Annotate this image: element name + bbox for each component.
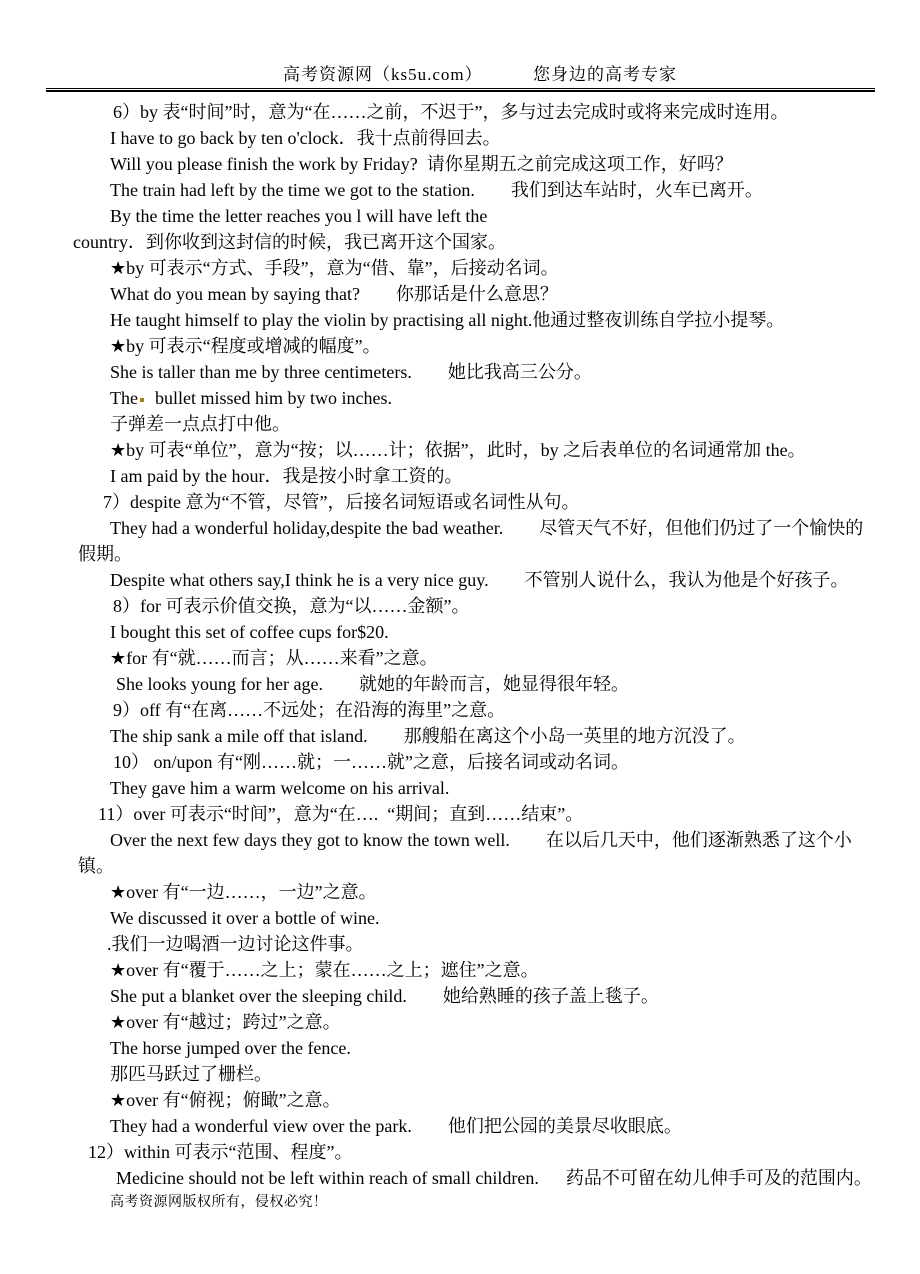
text-line: We discussed it over a bottle of wine. <box>73 905 900 931</box>
proofing-mark-icon <box>140 398 144 402</box>
text-line: 假期。 <box>73 541 900 567</box>
site-slogan: 您身边的高考专家 <box>533 60 677 85</box>
text-line: She is taller than me by three centimete… <box>73 359 900 385</box>
text-line: The train had left by the time we got to… <box>73 177 900 203</box>
text-line: 子弹差一点点打中他。 <box>73 411 900 437</box>
text-line: ★by 可表“单位”，意为“按；以……计；依据”，此时，by 之后表单位的名词通… <box>73 437 900 463</box>
text-line: By the time the letter reaches you l wil… <box>73 203 900 229</box>
text-line: Medicine should not be left within reach… <box>73 1165 900 1191</box>
text-line: 12）within 可表示“范围、程度”。 <box>73 1139 900 1165</box>
text-line: 6）by 表“时间”时，意为“在……之前，不迟于”，多与过去完成时或将来完成时连… <box>73 99 900 125</box>
text-line: 高考资源网版权所有，侵权必究！ <box>73 1191 900 1215</box>
header-rule <box>46 88 875 92</box>
text-line: What do you mean by saying that? 你那话是什么意… <box>73 281 900 307</box>
text-line: 9）off 有“在离……不远处；在沿海的海里”之意。 <box>73 697 900 723</box>
text-line: They had a wonderful holiday,despite the… <box>73 515 900 541</box>
text-line: 8）for 可表示价值交换，意为“以……金额”。 <box>73 593 900 619</box>
document-page: 高考资源网（ks5u.com） 您身边的高考专家 6）by 表“时间”时，意为“… <box>0 0 920 1274</box>
text-line: ★over 有“俯视；俯瞰”之意。 <box>73 1087 900 1113</box>
document-body: 6）by 表“时间”时，意为“在……之前，不迟于”，多与过去完成时或将来完成时连… <box>0 99 920 1215</box>
text-line: They had a wonderful view over the park.… <box>73 1113 900 1139</box>
text-line: She put a blanket over the sleeping chil… <box>73 983 900 1009</box>
text-line: ★over 有“覆于……之上；蒙在……之上；遮住”之意。 <box>73 957 900 983</box>
text-line: He taught himself to play the violin by … <box>73 307 900 333</box>
text-line: .我们一边喝酒一边讨论这件事。 <box>73 931 900 957</box>
text-segment: The <box>110 388 138 408</box>
text-line: The bullet missed him by two inches. <box>73 385 900 411</box>
text-line: 那匹马跃过了栅栏。 <box>73 1061 900 1087</box>
text-line: ★by 可表示“程度或增减的幅度”。 <box>73 333 900 359</box>
text-line: She looks young for her age. 就她的年龄而言，她显得… <box>73 671 900 697</box>
text-line: 10） on/upon 有“刚……就；一……就”之意，后接名词或动名词。 <box>73 749 900 775</box>
text-line: ★over 有“一边……，一边”之意。 <box>73 879 900 905</box>
text-line: I am paid by the hour．我是按小时拿工资的。 <box>73 463 900 489</box>
text-segment: bullet missed him by two inches. <box>146 388 392 408</box>
page-header: 高考资源网（ks5u.com） 您身边的高考专家 <box>0 0 920 88</box>
text-line: 镇。 <box>73 853 900 879</box>
text-line: Over the next few days they got to know … <box>73 827 900 853</box>
text-line: Will you please finish the work by Frida… <box>73 151 900 177</box>
text-line: ★by 可表示“方式、手段”，意为“借、靠”，后接动名词。 <box>73 255 900 281</box>
text-line: The ship sank a mile off that island. 那艘… <box>73 723 900 749</box>
text-line: 11）over 可表示“时间”，意为“在…. “期间；直到……结束”。 <box>73 801 900 827</box>
text-line: I have to go back by ten o'clock．我十点前得回去… <box>73 125 900 151</box>
text-line: The horse jumped over the fence. <box>73 1035 900 1061</box>
text-line: ★over 有“越过；跨过”之意。 <box>73 1009 900 1035</box>
site-name: 高考资源网（ks5u.com） <box>283 60 483 85</box>
text-line: They gave him a warm welcome on his arri… <box>73 775 900 801</box>
text-line: I bought this set of coffee cups for$20. <box>73 619 900 645</box>
text-line: ★for 有“就……而言；从……来看”之意。 <box>73 645 900 671</box>
text-line: country．到你收到这封信的时候，我已离开这个国家。 <box>73 229 900 255</box>
text-line: 7）despite 意为“不管，尽管”，后接名词短语或名词性从句。 <box>73 489 900 515</box>
text-line: Despite what others say,I think he is a … <box>73 567 900 593</box>
